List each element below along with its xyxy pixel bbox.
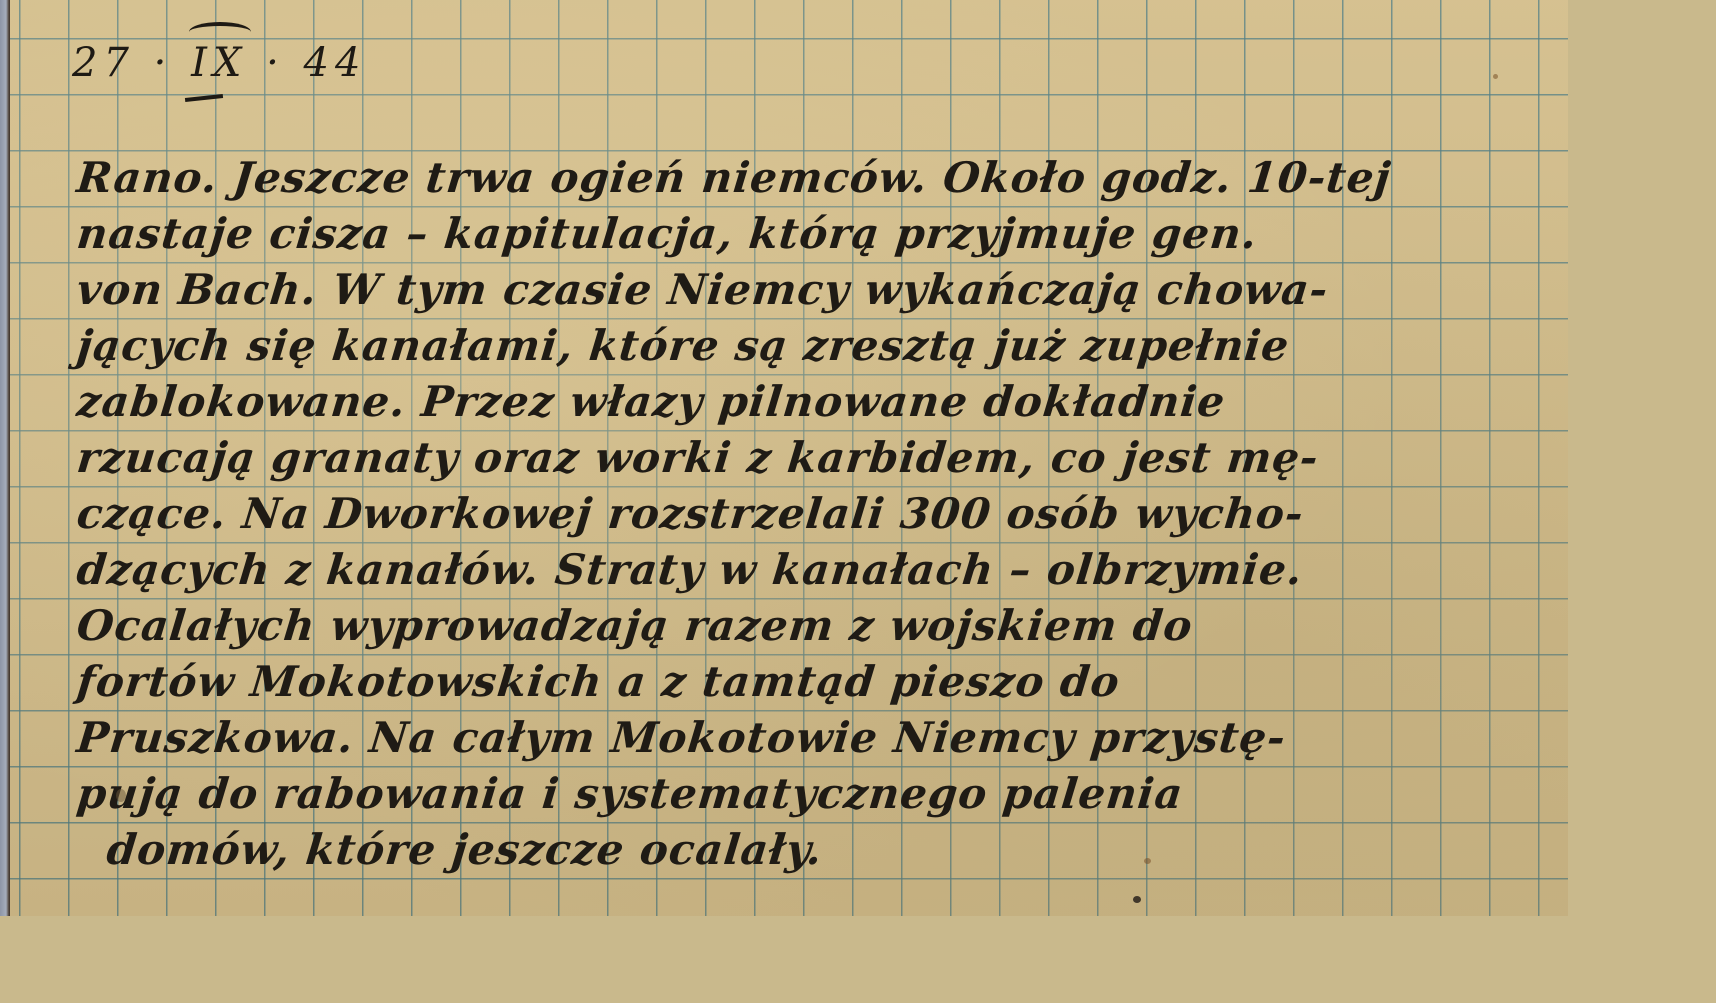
text-line: czące. Na Dworkowej rozstrzelali 300 osó… — [74, 488, 1560, 544]
date-separator: · — [154, 40, 173, 86]
ink-blot — [116, 789, 126, 802]
text-line: zablokowane. Przez włazy pilnowane dokła… — [74, 376, 1560, 432]
text-line: rzucają granaty oraz worki z karbidem, c… — [74, 432, 1560, 488]
text-line: Rano. Jeszcze trwa ogień niemców. Około … — [74, 152, 1560, 208]
text-line: pują do rabowania i systematycznego pale… — [74, 768, 1560, 824]
ink-blot — [1493, 74, 1498, 79]
text-line: nastaje cisza – kapitulacja, którą przyj… — [74, 208, 1560, 264]
date-year: 44 — [304, 40, 367, 86]
diary-entry-text: Rano. Jeszcze trwa ogień niemców. Około … — [74, 152, 1554, 880]
text-line: fortów Mokotowskich a z tamtąd pieszo do — [74, 656, 1560, 712]
text-line: Pruszkowa. Na całym Mokotowie Niemcy prz… — [74, 712, 1560, 768]
text-line: jących się kanałami, które są zresztą ju… — [74, 320, 1560, 376]
page-binding-edge — [0, 0, 10, 916]
ink-blot — [1144, 858, 1151, 864]
entry-date: 27 · IX · 44 — [72, 40, 366, 86]
diary-page: 27 · IX · 44 Rano. Jeszcze trwa ogień ni… — [0, 0, 1568, 916]
text-line: von Bach. W tym czasie Niemcy wykańczają… — [74, 264, 1560, 320]
ink-blot — [1133, 896, 1141, 903]
date-day: 27 — [72, 40, 135, 86]
text-line: domów, które jeszcze ocalały. — [74, 824, 1560, 880]
text-line: dzących z kanałów. Straty w kanałach – o… — [74, 544, 1560, 600]
text-line: Ocalałych wyprowadzają razem z wojskiem … — [74, 600, 1560, 656]
date-separator: · — [266, 40, 285, 86]
date-month-roman: IX — [191, 40, 247, 86]
